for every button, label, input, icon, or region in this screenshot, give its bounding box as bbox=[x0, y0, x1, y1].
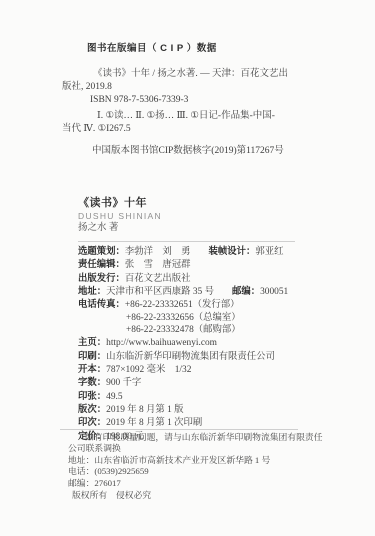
colophon-row: 印次：2019 年 8 月第 1 次印刷 bbox=[78, 416, 303, 429]
colophon-label: 主页： bbox=[78, 336, 106, 347]
colophon-label: 版次： bbox=[78, 403, 106, 414]
colophon-row: 地址：天津市和平区西康路 35 号邮编：300051 bbox=[78, 285, 303, 298]
colophon-value: 787×1092 毫米 1/32 bbox=[106, 365, 191, 375]
classification-line-1: Ⅰ. ①读… Ⅱ. ①扬… Ⅲ. ①日记-作品集-中国- bbox=[97, 110, 319, 123]
colophon-label: 开本： bbox=[78, 363, 106, 374]
cip-record-number: 中国版本图书馆CIP数据核字(2019)第117267号 bbox=[92, 145, 319, 158]
colophon-label: 印次： bbox=[78, 416, 106, 427]
colophon-label: 责任编辑： bbox=[78, 258, 125, 269]
colophon-row: 出版发行：百花文艺出版社 bbox=[78, 272, 303, 285]
cip-entry-line-2: 版社, 2019.8 bbox=[62, 81, 319, 94]
colophon-label: 字数： bbox=[78, 376, 106, 387]
isbn-line: ISBN 978-7-5306-7339-3 bbox=[90, 94, 319, 107]
cip-entry-line-1: 《读书》十年 / 扬之水著. — 天津：百花文艺出 bbox=[93, 68, 319, 81]
footer-line: 邮编：276017 bbox=[68, 478, 320, 489]
colophon-label: 电话传真： bbox=[78, 298, 125, 309]
colophon-label: 邮编： bbox=[232, 285, 260, 296]
colophon-row: 印张：49.5 bbox=[78, 390, 303, 403]
colophon-row: 开本：787×1092 毫米 1/32 bbox=[78, 363, 303, 376]
colophon-row: 印刷：山东临沂新华印刷物流集团有限责任公司 bbox=[78, 350, 303, 363]
book-author: 扬之水 著 bbox=[78, 222, 295, 235]
colophon-label: 选题策划： bbox=[78, 245, 125, 256]
colophon-row: 电话传真：+86-22-23332651（发行部） bbox=[78, 298, 303, 311]
colophon-value: 郭亚红 bbox=[255, 247, 283, 257]
colophon-value: 百花文艺出版社 bbox=[125, 274, 191, 284]
colophon-row: +86-22-23332656（总编室） bbox=[126, 312, 303, 324]
footer-line: 公司联系调换 bbox=[68, 443, 320, 454]
colophon-value: 山东临沂新华印刷物流集团有限责任公司 bbox=[106, 352, 275, 362]
book-title-pinyin: DUSHU SHINIAN bbox=[78, 210, 295, 222]
colophon-label: 印刷： bbox=[78, 350, 106, 361]
colophon-row: 版次：2019 年 8 月第 1 版 bbox=[78, 403, 303, 416]
colophon-value: +86-22-23332651（发行部） bbox=[125, 300, 240, 310]
colophon-value: 2019 年 8 月第 1 版 bbox=[106, 405, 183, 415]
colophon-row: 字数：900 千字 bbox=[78, 376, 303, 389]
colophon-value: 李勃洋 刘 勇 bbox=[125, 247, 191, 257]
footer-block: 如有印装质量问题，请与山东临沂新华印刷物流集团有限责任公司联系调换地址：山东省临… bbox=[68, 432, 320, 501]
colophon-label: 地址： bbox=[78, 285, 106, 296]
colophon-value: http://www.baihuawenyi.com bbox=[106, 338, 217, 348]
book-title: 《读书》十年 bbox=[78, 196, 295, 210]
colophon-row: 选题策划：李勃洋 刘 勇装帧设计：郭亚红 bbox=[78, 245, 303, 258]
colophon-value: 49.5 bbox=[106, 392, 122, 402]
colophon-label: 出版发行： bbox=[78, 272, 125, 283]
colophon-value: 天津市和平区西康路 35 号 bbox=[106, 287, 214, 297]
cip-block: 图书在版编目（ C I P ）数据 《读书》十年 / 扬之水著. — 天津：百花… bbox=[62, 42, 319, 158]
colophon-value: 2019 年 8 月第 1 次印刷 bbox=[106, 418, 202, 428]
cip-heading: 图书在版编目（ C I P ）数据 bbox=[87, 42, 319, 55]
title-block: 《读书》十年 DUSHU SHINIAN 扬之水 著 bbox=[78, 196, 295, 242]
copyright-notice: 版权所有 侵权必究 bbox=[72, 490, 320, 501]
colophon-label: 装帧设计： bbox=[209, 245, 256, 256]
colophon-row: 主页：http://www.baihuawenyi.com bbox=[78, 336, 303, 349]
colophon-value: 张 雪 唐冠群 bbox=[125, 260, 191, 270]
footer-line: 地址：山东省临沂市高新技术产业开发区新华路 1 号 bbox=[68, 455, 320, 466]
colophon-value: +86-22-23332656（总编室） bbox=[126, 313, 241, 323]
colophon-row: +86-22-23332478（邮购部） bbox=[126, 324, 303, 336]
colophon-value: 300051 bbox=[260, 287, 288, 297]
footer-line: 如有印装质量问题，请与山东临沂新华印刷物流集团有限责任 bbox=[85, 432, 320, 443]
colophon-value: +86-22-23332478（邮购部） bbox=[126, 325, 241, 335]
colophon-value: 900 千字 bbox=[106, 378, 141, 388]
colophon-label: 印张： bbox=[78, 390, 106, 401]
colophon-row: 责任编辑：张 雪 唐冠群 bbox=[78, 258, 303, 271]
colophon-block: 选题策划：李勃洋 刘 勇装帧设计：郭亚红责任编辑：张 雪 唐冠群出版发行：百花文… bbox=[78, 245, 303, 443]
classification-line-2: 当代 Ⅳ. ①I267.5 bbox=[62, 123, 319, 136]
footer-divider bbox=[60, 429, 298, 430]
book-colophon-page: 图书在版编目（ C I P ）数据 《读书》十年 / 扬之水著. — 天津：百花… bbox=[0, 0, 375, 536]
footer-line: 电话：(0539)2925659 bbox=[68, 466, 320, 477]
title-divider bbox=[78, 241, 295, 242]
